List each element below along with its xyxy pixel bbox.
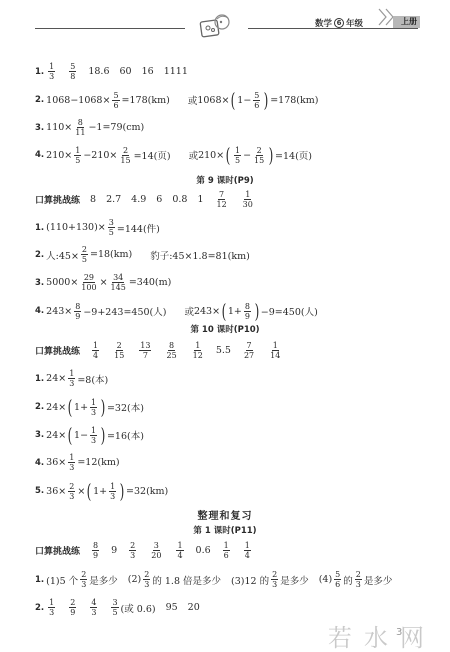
item-number: 3. — [35, 278, 44, 288]
or-label: 或 — [184, 304, 194, 318]
expression: =16(本) — [107, 428, 144, 442]
or-label: 或 — [189, 148, 199, 162]
expression: 是多少 — [280, 573, 309, 587]
fraction: 320 — [150, 541, 162, 560]
lesson10-line-4: 4. 36× 13 =12(km) — [35, 453, 120, 472]
volume-badge: 上册 — [393, 16, 420, 28]
item-number: 2. — [35, 250, 44, 260]
oral-practice-label: 口算挑战练 — [35, 344, 80, 357]
fraction: 13 — [90, 398, 97, 417]
book-mascot-icon — [198, 12, 234, 40]
expression: 210× — [198, 150, 224, 161]
expression: × — [77, 486, 85, 497]
answer-value: 1 — [197, 194, 203, 205]
fraction: 56 — [112, 91, 119, 110]
item-number: 2. — [35, 603, 44, 613]
or-label: 或 — [188, 93, 198, 107]
answer-line-3: 3. 110× 811 −1=79(cm) — [35, 118, 144, 137]
fraction: 23 — [143, 570, 150, 589]
expression: 1+ — [228, 306, 242, 317]
fraction: 15 — [74, 146, 81, 165]
expression: 5000× — [46, 277, 78, 288]
subject-grade-label: 数学 6 年级 — [315, 17, 363, 29]
item-number: 4. — [35, 458, 44, 468]
fraction: 215 — [113, 341, 125, 360]
expression: 是多少 — [89, 573, 118, 587]
lesson9-line-4: 4. 243× 89 −9+243=450(人) 或 243× ( 1+ 89 … — [35, 301, 318, 321]
fraction: 35 — [111, 598, 118, 617]
fraction: 56 — [253, 91, 260, 110]
expression: 24× — [46, 373, 66, 384]
fraction: 35 — [108, 218, 115, 237]
answer-line-1: 1. 13 58 18.6 60 16 1111 — [35, 62, 198, 81]
answer-value: 9 — [111, 545, 117, 556]
expression: 的 1.8 倍是多少 — [152, 573, 221, 587]
fraction: 23 — [80, 570, 87, 589]
expression: =32(本) — [107, 400, 144, 414]
fraction: 13 — [68, 453, 75, 472]
expression: (2) — [128, 574, 141, 585]
expression: =14(页) — [275, 148, 312, 162]
expression: 1+ — [93, 486, 107, 497]
oral-practice-review: 口算挑战练 89 9 23 320 14 0.6 16 14 — [35, 541, 253, 560]
fraction: 29 — [69, 598, 76, 617]
lesson-10-title: 第 10 课时(P10) — [0, 323, 450, 335]
expression: 是多少 — [364, 573, 393, 587]
expression: =32(km) — [126, 486, 168, 497]
expression: 24× — [46, 430, 66, 441]
review-lesson-1-title: 第 1 课时(P11) — [0, 524, 450, 536]
expression: =340(m) — [129, 277, 172, 288]
expression: 1− — [74, 430, 88, 441]
expression: (1)5 个 — [46, 573, 78, 587]
item-number: 3. — [35, 430, 44, 440]
answer-value: 95 — [166, 602, 178, 613]
expression: (3)12 的 — [231, 573, 269, 587]
item-number: 3. — [35, 123, 44, 133]
expression: (或 0.6) — [121, 601, 156, 615]
fraction: 25 — [81, 245, 88, 264]
expression: −9+243=450(人) — [83, 304, 166, 318]
expression: × — [100, 277, 108, 288]
oral-practice-9: 口算挑战练 8 2.7 4.9 6 0.8 1 712 130 — [35, 190, 256, 209]
answer-value: 2.7 — [106, 194, 121, 205]
fraction: 14 — [176, 541, 183, 560]
expression: =8(本) — [77, 372, 108, 386]
fraction: 13 — [48, 598, 55, 617]
expression: 1+ — [74, 402, 88, 413]
item-number: 1. — [35, 223, 44, 233]
expression: −9=450(人) — [261, 304, 318, 318]
expression: =178(km) — [270, 95, 318, 106]
expression: =14(页) — [134, 148, 171, 162]
grade-label: 年级 — [346, 17, 363, 29]
item-number: 2. — [35, 402, 44, 412]
review-line-1: 1. (1)5 个 23 是多少 (2) 23 的 1.8 倍是多少 (3)12… — [35, 570, 392, 589]
expression: 24× — [46, 402, 66, 413]
fraction: 811 — [74, 118, 86, 137]
lesson9-line-3: 3. 5000× 29100 × 34145 =340(m) — [35, 273, 171, 292]
lesson10-line-5: 5. 36× 23 × ( 1+ 13 ) =32(km) — [35, 481, 168, 501]
fraction: 89 — [74, 302, 81, 321]
lesson10-line-2: 2. 24× ( 1+ 13 ) =32(本) — [35, 397, 144, 417]
answer-value: 1111 — [164, 66, 188, 77]
page-number: 3 — [396, 627, 402, 638]
expression: (110+130)× — [46, 222, 106, 233]
answer-value: 18.6 — [88, 66, 109, 77]
fraction: 114 — [269, 341, 281, 360]
item-number: 2. — [35, 95, 44, 105]
lesson9-line-2: 2. 人:45× 25 =18(km) 豹子:45×1.8=81(km) — [35, 245, 250, 264]
answer-value: 6 — [156, 194, 162, 205]
fraction: 13 — [109, 482, 116, 501]
expression: =12(km) — [77, 457, 119, 468]
answer-value: 16 — [142, 66, 154, 77]
fraction: 56 — [334, 570, 341, 589]
fraction: 89 — [92, 541, 99, 560]
fraction: 13 — [48, 62, 55, 81]
oral-practice-label: 口算挑战练 — [35, 193, 80, 206]
expression: 1− — [237, 95, 251, 106]
fraction: 14 — [92, 341, 99, 360]
expression: 豹子:45×1.8=81(km) — [150, 248, 250, 262]
oral-practice-10: 口算挑战练 14 215 137 825 112 5.5 727 114 — [35, 341, 283, 360]
lesson10-line-3: 3. 24× ( 1− 13 ) =16(本) — [35, 425, 144, 445]
grade-number: 6 — [334, 18, 344, 28]
fraction: 112 — [192, 341, 204, 360]
item-number: 1. — [35, 67, 44, 77]
expression: 110× — [46, 122, 72, 133]
review-line-2: 2. 13 29 43 35 (或 0.6) 95 20 — [35, 598, 210, 617]
expression: − — [243, 150, 251, 161]
expression: 的 — [343, 573, 353, 587]
item-number: 5. — [35, 486, 44, 496]
lesson9-line-1: 1. (110+130)× 35 =144(件) — [35, 218, 160, 237]
fraction: 13 — [68, 369, 75, 388]
fraction: 215 — [119, 146, 131, 165]
fraction: 89 — [244, 302, 251, 321]
expression: 1068−1068× — [46, 95, 110, 106]
fraction: 130 — [242, 190, 254, 209]
review-section-title: 整理和复习 — [0, 507, 450, 522]
expression: −210× — [83, 150, 117, 161]
expression: 243× — [194, 306, 220, 317]
oral-practice-label: 口算挑战练 — [35, 544, 80, 557]
expression: (4) — [319, 574, 332, 585]
fraction: 727 — [243, 341, 255, 360]
fraction: 14 — [244, 541, 251, 560]
answer-line-4: 4. 210× 15 −210× 215 =14(页) 或 210× ( 15 … — [35, 145, 312, 165]
answer-value: 8 — [90, 194, 96, 205]
answer-value: 4.9 — [131, 194, 146, 205]
answer-value: 0.6 — [196, 545, 211, 556]
fraction: 13 — [90, 426, 97, 445]
fraction: 15 — [234, 146, 241, 165]
fraction: 23 — [271, 570, 278, 589]
fraction: 58 — [69, 62, 76, 81]
answer-value: 5.5 — [216, 345, 231, 356]
page-header: 数学 6 年级 上册 — [0, 0, 450, 44]
expression: 210× — [46, 150, 72, 161]
fraction: 43 — [90, 598, 97, 617]
fraction: 712 — [215, 190, 227, 209]
expression: 243× — [46, 306, 72, 317]
fraction: 16 — [223, 541, 230, 560]
fraction: 215 — [253, 146, 265, 165]
answer-line-2: 2. 1068−1068× 56 =178(km) 或 1068× ( 1− 5… — [35, 90, 318, 110]
expression: 1068× — [197, 95, 229, 106]
lesson10-line-1: 1. 24× 13 =8(本) — [35, 369, 108, 388]
expression: 36× — [46, 486, 66, 497]
answer-value: 60 — [120, 66, 132, 77]
expression: =144(件) — [117, 221, 160, 235]
subject: 数学 — [315, 17, 332, 29]
lesson-9-title: 第 9 课时(P9) — [0, 174, 450, 186]
fraction: 23 — [68, 482, 75, 501]
item-number: 4. — [35, 306, 44, 316]
fraction: 23 — [129, 541, 136, 560]
fraction: 29100 — [80, 273, 97, 292]
expression: =18(km) — [90, 249, 132, 260]
expression: =178(km) — [122, 95, 170, 106]
expression: 36× — [46, 457, 66, 468]
expression: −1=79(cm) — [88, 122, 144, 133]
fraction: 34145 — [110, 273, 127, 292]
item-number: 4. — [35, 150, 44, 160]
fraction: 137 — [139, 341, 151, 360]
answer-value: 20 — [188, 602, 200, 613]
fraction: 23 — [355, 570, 362, 589]
header-rule-left — [35, 28, 185, 29]
answer-value: 0.8 — [172, 194, 187, 205]
item-number: 1. — [35, 575, 44, 585]
fraction: 825 — [165, 341, 177, 360]
item-number: 1. — [35, 374, 44, 384]
expression: 人:45× — [46, 248, 79, 262]
watermark: 若水网 — [328, 618, 436, 652]
